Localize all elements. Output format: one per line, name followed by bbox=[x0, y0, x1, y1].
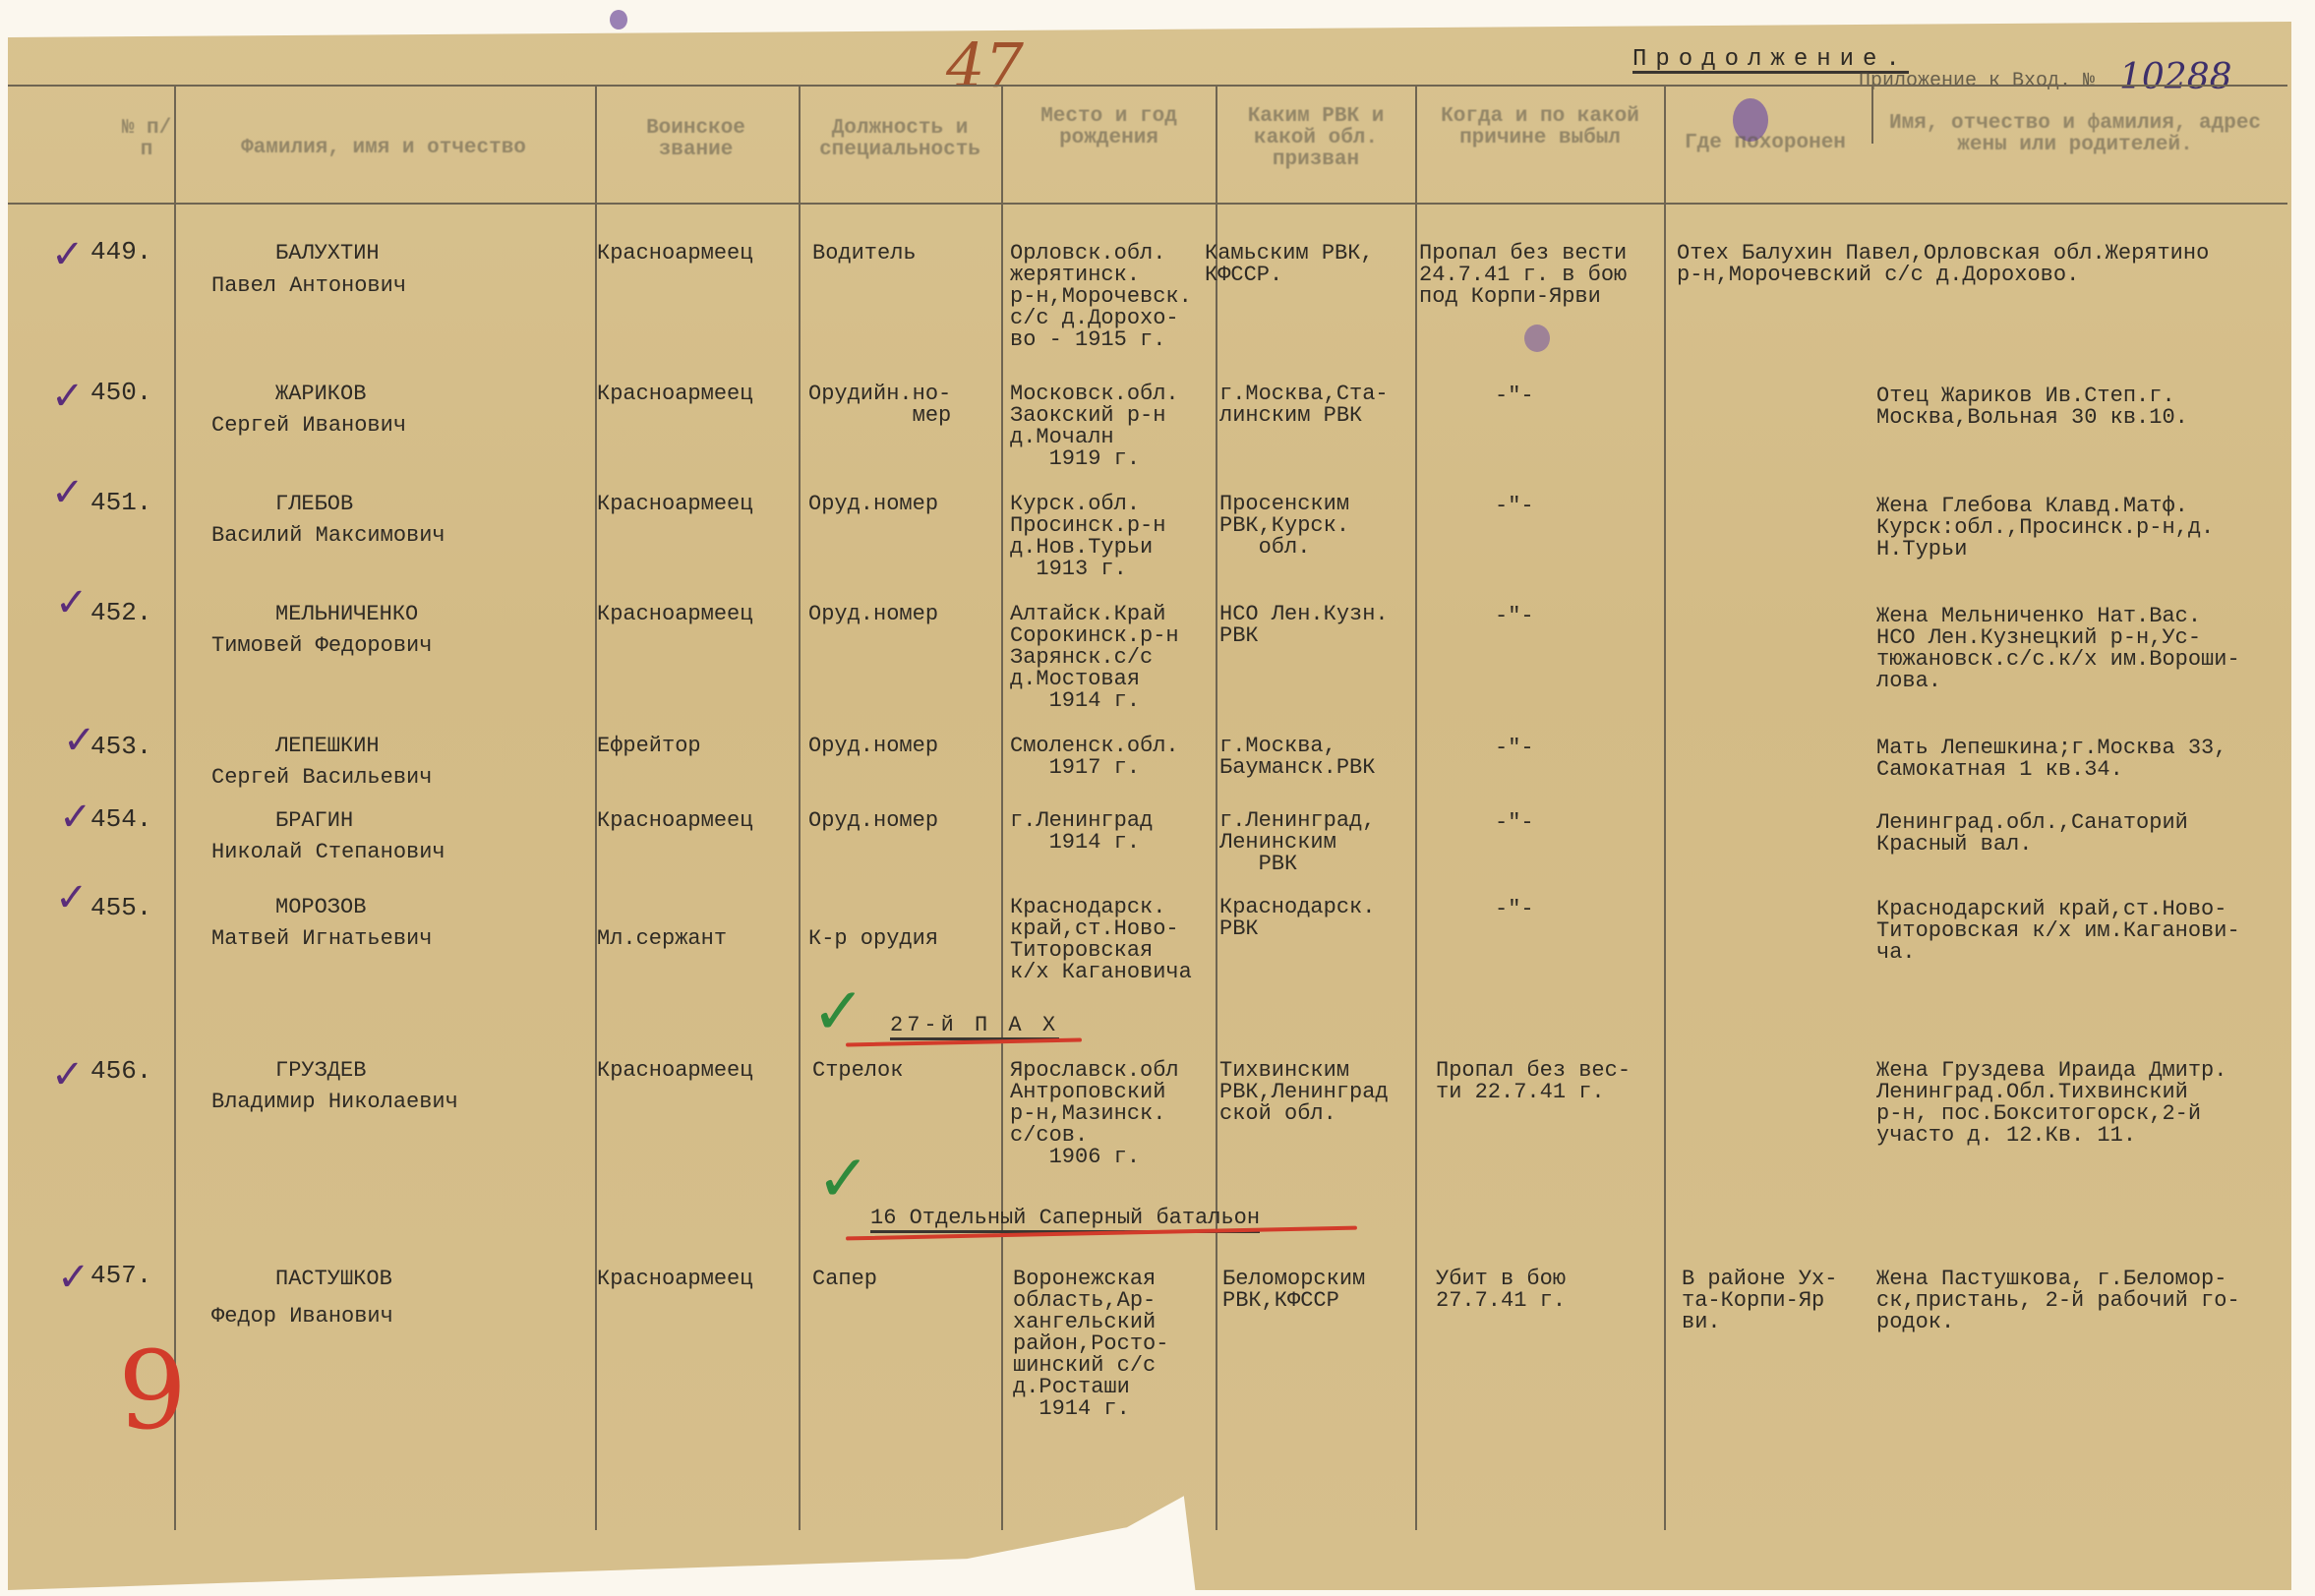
header-reason: Когда и по какой причине выбыл bbox=[1422, 106, 1658, 149]
position: Водитель bbox=[812, 243, 917, 265]
birth: г.Ленинград 1914 г. bbox=[1010, 810, 1153, 854]
ink-stamp-dot bbox=[610, 10, 627, 30]
rank: Ефрейтор bbox=[597, 736, 701, 757]
rvk: г.Ленинград, Ленинским РВК bbox=[1219, 810, 1375, 875]
reason: -"- bbox=[1495, 385, 1534, 407]
surname: ЖАРИКОВ bbox=[275, 384, 366, 405]
rvk: г.Москва, Бауманск.РВК bbox=[1219, 736, 1375, 779]
row-number: 449. bbox=[90, 241, 151, 263]
given-names: Владимир Николаевич bbox=[211, 1092, 458, 1113]
given-names: Сергей Васильевич bbox=[211, 767, 432, 789]
given-names: Николай Степанович bbox=[211, 842, 445, 863]
relatives: Жена Мельниченко Нат.Вас. НСО Лен.Кузнец… bbox=[1876, 606, 2240, 692]
rank: Красноармеец bbox=[597, 243, 752, 265]
rank: Красноармеец bbox=[597, 494, 752, 515]
relatives: Краснодарский край,ст.Ново- Титоровская … bbox=[1876, 899, 2240, 964]
check-mark-icon: ✓ bbox=[51, 232, 85, 277]
header-top-rule bbox=[8, 85, 2287, 87]
row-number: 453. bbox=[90, 736, 151, 757]
surname: МОРОЗОВ bbox=[275, 897, 366, 918]
reason: -"- bbox=[1495, 812, 1534, 834]
column-rule bbox=[799, 85, 801, 1530]
position: Сапер bbox=[812, 1269, 877, 1290]
column-rule bbox=[174, 85, 176, 1530]
surname: БРАГИН bbox=[275, 810, 353, 832]
rvk: Беломорским РВК,КФССР bbox=[1222, 1269, 1365, 1312]
header-birth: Место и год рождения bbox=[1008, 106, 1210, 149]
birth: Краснодарск. край,ст.Ново- Титоровская к… bbox=[1010, 897, 1192, 983]
check-mark-icon: ✓ bbox=[55, 875, 89, 920]
page-number-handwritten: 47 bbox=[946, 30, 1024, 101]
column-rule bbox=[595, 85, 597, 1530]
reason: -"- bbox=[1495, 899, 1534, 920]
column-rule bbox=[1415, 85, 1417, 1530]
check-mark-icon: ✓ bbox=[55, 580, 89, 625]
buried: В районе Ух- та-Корпи-Яр ви. bbox=[1682, 1269, 1837, 1333]
reason: Пропал без вести 24.7.41 г. в бою под Ко… bbox=[1419, 243, 1627, 308]
given-names: Сергей Иванович bbox=[211, 415, 406, 437]
rvk: НСО Лен.Кузн. РВК bbox=[1219, 604, 1389, 647]
check-mark-icon: ✓ bbox=[57, 1255, 90, 1300]
given-names: Василий Максимович bbox=[211, 525, 445, 547]
rank: Красноармеец bbox=[597, 810, 752, 832]
birth: Орловск.обл. жерятинск. р-н,Морочевск. с… bbox=[1010, 243, 1192, 351]
birth: Смоленск.обл. 1917 г. bbox=[1010, 736, 1179, 779]
header-number: № п/п bbox=[118, 118, 175, 161]
check-mark-icon: ✓ bbox=[59, 795, 92, 840]
relatives: Отех Балухин Павел,Орловская обл.Жерятин… bbox=[1677, 243, 2209, 286]
relatives: Мать Лепешкина;г.Москва 33, Самокатная 1… bbox=[1876, 738, 2226, 781]
rank: Красноармеец bbox=[597, 604, 752, 625]
surname: ПАСТУШКОВ bbox=[275, 1269, 392, 1290]
header-name: Фамилия, имя и отчество bbox=[177, 138, 590, 159]
row-number: 451. bbox=[90, 492, 151, 513]
birth: Воронежская область,Ар- хангельский райо… bbox=[1013, 1269, 1168, 1420]
rvk: Краснодарск. РВК bbox=[1219, 897, 1375, 940]
position: Оруд.номер bbox=[808, 494, 938, 515]
birth: Московск.обл. Заокский р-н д.Мочалн 1919… bbox=[1010, 384, 1179, 470]
relatives: Жена Пастушкова, г.Беломор- ск,пристань,… bbox=[1876, 1269, 2240, 1333]
reason: Пропал без вес- ти 22.7.41 г. bbox=[1436, 1060, 1631, 1103]
incoming-number-handwritten: 10288 bbox=[2119, 57, 2232, 97]
rvk: г.Москва,Ста- линским РВК bbox=[1219, 384, 1389, 427]
ink-stamp-dot bbox=[1524, 325, 1550, 352]
header-position: Должность и специальность bbox=[806, 118, 993, 161]
relatives: Ленинград.обл.,Санаторий Красный вал. bbox=[1876, 812, 2188, 856]
surname: ГЛЕБОВ bbox=[275, 494, 353, 515]
header-bottom-rule bbox=[8, 203, 2287, 205]
rank: Мл.сержант bbox=[597, 928, 727, 950]
green-check-mark-icon: ✓ bbox=[811, 974, 865, 1049]
surname: ЛЕПЕШКИН bbox=[275, 736, 380, 757]
birth: Курск.обл. Просинск.р-н д.Нов.Турьи 1913… bbox=[1010, 494, 1165, 580]
check-mark-icon: ✓ bbox=[51, 374, 85, 419]
rvk: Тихвинским РВК,Ленинград ской обл. bbox=[1219, 1060, 1389, 1125]
relatives: Жена Груздева Ираида Дмитр. Ленинград.Об… bbox=[1876, 1060, 2226, 1147]
position: Оруд.номер bbox=[808, 736, 938, 757]
relatives: Жена Глебова Клавд.Матф. Курск:обл.,Прос… bbox=[1876, 496, 2214, 561]
surname: ГРУЗДЕВ bbox=[275, 1060, 366, 1082]
rvk: Камьским РВК, КФССР. bbox=[1205, 243, 1374, 286]
rvk: Просенским РВК,Курск. обл. bbox=[1219, 494, 1349, 559]
appendix-label: Приложение к Вход. № bbox=[1859, 71, 2095, 92]
rank: Красноармеец bbox=[597, 384, 752, 405]
check-mark-icon: ✓ bbox=[51, 470, 85, 515]
row-number: 450. bbox=[90, 382, 151, 403]
header-relatives: Имя, отчество и фамилия, адрес жены или … bbox=[1869, 113, 2282, 156]
position: Оруд.номер bbox=[808, 604, 938, 625]
position: Оруд.номер bbox=[808, 810, 938, 832]
section-heading: 27-й П А Х bbox=[890, 1013, 1059, 1040]
row-number: 457. bbox=[90, 1265, 151, 1286]
given-names: Павел Антонович bbox=[211, 275, 406, 297]
column-rule bbox=[1001, 85, 1003, 1530]
position: К-р орудия bbox=[808, 928, 938, 950]
reason: -"- bbox=[1495, 738, 1534, 759]
birth: Алтайск.Край Сорокинск.р-н Зарянск.с/с д… bbox=[1010, 604, 1179, 712]
row-number: 452. bbox=[90, 602, 151, 623]
surname: БАЛУХТИН bbox=[275, 243, 380, 265]
row-number: 454. bbox=[90, 808, 151, 830]
rank: Красноармеец bbox=[597, 1060, 752, 1082]
header-buried: Где похоронен bbox=[1672, 133, 1859, 154]
reason: -"- bbox=[1495, 606, 1534, 627]
position: Стрелок bbox=[812, 1060, 903, 1082]
birth: Ярославск.обл Антроповский р-н,Мазинск. … bbox=[1010, 1060, 1179, 1168]
given-names: Федор Иванович bbox=[211, 1306, 393, 1328]
reason: Убит в бою 27.7.41 г. bbox=[1436, 1269, 1566, 1312]
relatives: Отец Жариков Ив.Степ.г. Москва,Вольная 3… bbox=[1876, 385, 2188, 429]
rank: Красноармеец bbox=[597, 1269, 752, 1290]
row-number: 456. bbox=[90, 1060, 151, 1082]
column-rule bbox=[1216, 85, 1217, 1530]
row-number: 455. bbox=[90, 897, 151, 918]
green-check-mark-icon: ✓ bbox=[816, 1141, 870, 1216]
check-mark-icon: ✓ bbox=[51, 1052, 85, 1097]
reason: -"- bbox=[1495, 496, 1534, 517]
column-rule bbox=[1664, 85, 1666, 1530]
given-names: Матвей Игнатьевич bbox=[211, 928, 432, 950]
header-rvk: Каким РВК и какой обл. призван bbox=[1222, 106, 1409, 171]
header-rank: Воинское звание bbox=[605, 118, 787, 161]
given-names: Тимовей Федорович bbox=[211, 635, 432, 657]
margin-mark-handwritten: 9 bbox=[118, 1328, 187, 1453]
position: Орудийн.но- мер bbox=[808, 384, 951, 427]
surname: МЕЛЬНИЧЕНКО bbox=[275, 604, 418, 625]
